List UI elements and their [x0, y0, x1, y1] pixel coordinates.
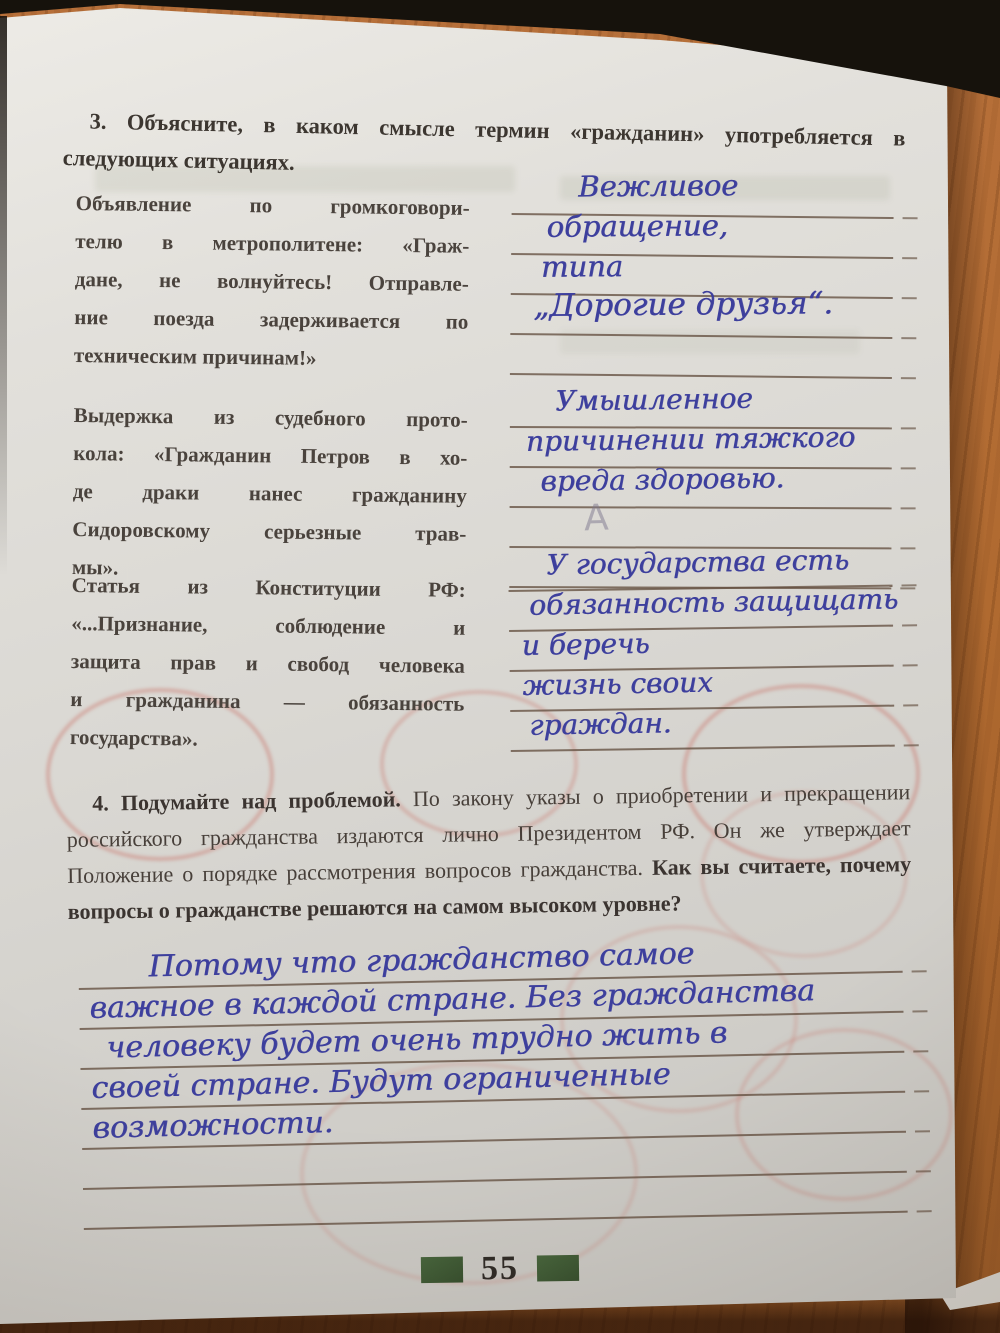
prompt-line: и гражданина — обязанность — [70, 680, 464, 723]
green-page-marker — [537, 1255, 579, 1282]
task4-intro-bold: 4. Подумайте над проблемой. — [92, 786, 401, 815]
page-number: 55 — [481, 1250, 520, 1289]
task3-item-1-handwritten-answer: Вежливое обращение, типа „Дорогие друзья… — [530, 163, 833, 326]
prompt-line: кола: «Гражданин Петров в хо- — [73, 434, 467, 477]
handwriting-line: Умышленное — [525, 375, 855, 420]
prompt-line: Объявление по громкоговори- — [76, 184, 470, 227]
prompt-line: Выдержка из судебного прото- — [74, 396, 468, 439]
handwriting-line: типа — [531, 243, 833, 286]
prompt-line: техническим причинам!» — [74, 336, 468, 379]
prompt-line: Статья из Конституции РФ: — [72, 566, 466, 609]
handwriting-line: Вежливое — [530, 163, 832, 206]
handwriting-line: вреда здоровью. — [526, 455, 856, 500]
prompt-line: «...Признание, соблюдение и — [71, 604, 465, 647]
task4-handwritten-answer: Потому что гражданство самое важное в ка… — [88, 930, 818, 1148]
prompt-line: защита прав и свобод человека — [71, 642, 465, 685]
task3-item-3-prompt: Статья из Конституции РФ: «...Признание,… — [70, 566, 466, 761]
task3-item-2-handwritten-answer: Умышленное причинении тяжкого вреда здор… — [525, 375, 856, 500]
prompt-line: дане, не волнуйтесь! Отправле- — [75, 260, 469, 303]
prompt-line: телю в метрополитене: «Граж- — [75, 222, 469, 265]
page-content: 3. Объясните, в каком смысле термин «гра… — [0, 0, 1000, 1333]
task4-text: 4. Подумайте над проблемой. По закону ук… — [66, 774, 912, 930]
prompt-line: ние поезда задерживается по — [74, 298, 468, 341]
prompt-line: государства». — [70, 718, 464, 761]
handwriting-line: У государства есть — [520, 537, 898, 584]
handwriting-line: обращение, — [530, 203, 832, 246]
page-footer: 55 — [0, 1243, 1000, 1295]
green-page-marker — [421, 1257, 463, 1284]
prompt-line: Сидоровскому серьезные трав- — [72, 510, 466, 553]
handwriting-line: причинении тяжкого — [526, 415, 856, 460]
task3-item-2-prompt: Выдержка из судебного прото- кола: «Граж… — [72, 396, 468, 591]
handwriting-line: жизнь своих — [522, 657, 900, 704]
task3-item-1-prompt: Объявление по громкоговори- телю в метро… — [74, 184, 470, 379]
pencil-stray-mark: А — [583, 498, 609, 540]
task3-item-3-handwritten-answer: У государства есть обязанность защищать … — [520, 537, 901, 744]
ruled-line — [510, 335, 892, 379]
handwriting-line: и беречь — [521, 617, 899, 664]
prompt-line: де драки нанес гражданину — [73, 472, 467, 515]
handwriting-line: „Дорогие друзья“. — [531, 283, 833, 326]
handwriting-line: обязанность защищать — [521, 577, 899, 624]
handwriting-line: граждан. — [523, 697, 901, 744]
